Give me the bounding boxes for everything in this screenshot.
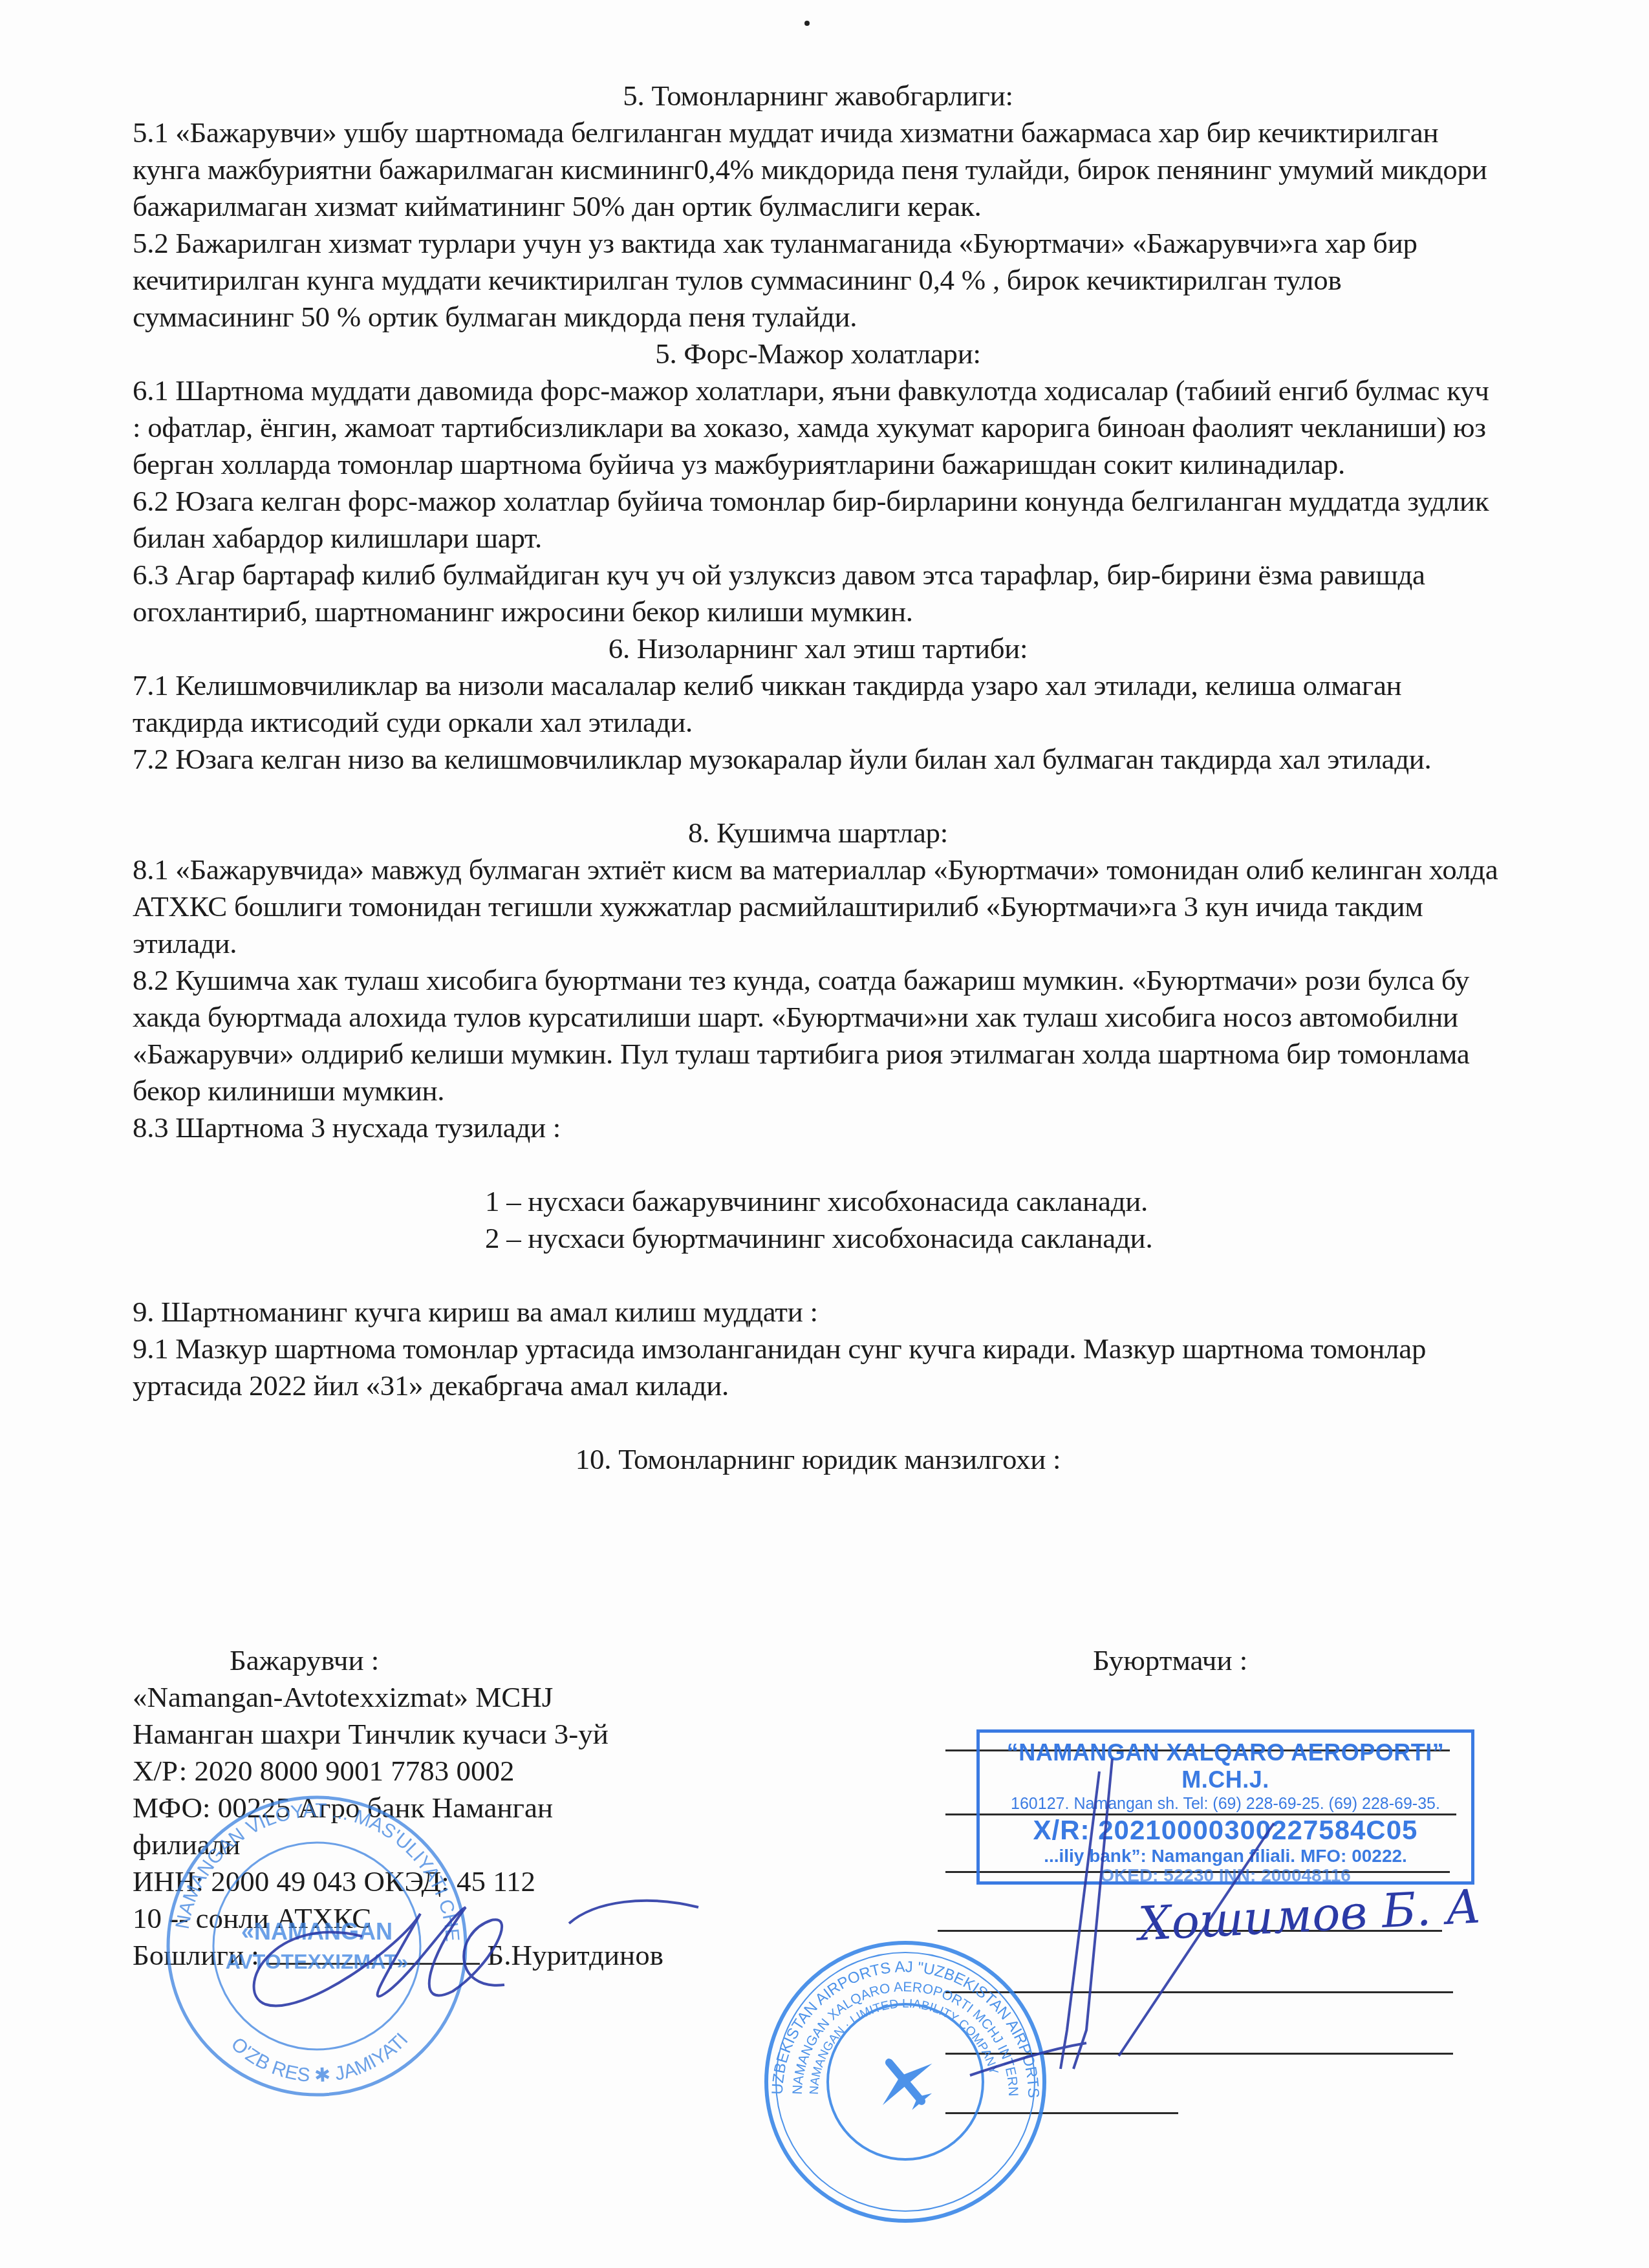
section-heading-force-majeure: 5. Форс-Мажор холатлари: [133, 336, 1503, 372]
contractor-signature-line: Бошлиги : Б.Нуритдинов [133, 1937, 702, 1974]
contractor-role: Бажарувчи : [133, 1642, 702, 1679]
contract-body: 5. Томонларнинг жавобгарлиги: 5.1 «Бажар… [133, 78, 1503, 1478]
contractor-inn: ИНН: 2000 49 043 ОКЭД: 45 112 [133, 1863, 702, 1900]
contract-page: 5. Томонларнинг жавобгарлиги: 5.1 «Бажар… [0, 0, 1649, 2268]
scan-speck [804, 21, 810, 26]
blank-line [945, 2112, 1178, 2114]
contractor-unit: 10 -- сонли АТХКС [133, 1900, 702, 1937]
clause-8-3: 8.3 Шартнома 3 нусхада тузилади : [133, 1109, 1503, 1146]
contractor-block: Бажарувчи : «Namangan-Avtotexxizmat» МСН… [133, 1642, 702, 1974]
clause-6-1: 6.1 Шартнома муддати давомида форс-мажор… [133, 372, 1503, 483]
stamp-line-bank: ...iliy bank”: Namangan filiali. MFO: 00… [980, 1846, 1471, 1867]
spacer [133, 1404, 1503, 1441]
clause-8-1: 8.1 «Бажарувчида» мавжуд булмаган эхтиёт… [133, 851, 1503, 962]
section-heading-8: 8. Кушимча шартлар: [133, 815, 1503, 851]
svg-text:NAMANGAN · LIMITED LIABILITY C: NAMANGAN · LIMITED LIABILITY COMPANY [808, 1997, 1000, 2095]
section-heading-9: 9. Шартноманинг кучга кириш ва амал кили… [133, 1294, 1503, 1331]
spacer [133, 1257, 1503, 1294]
clause-6-3: 6.3 Агар бартараф килиб булмайдиган куч … [133, 557, 1503, 630]
section-heading-disputes: 6. Низоларнинг хал этиш тартиби: [133, 630, 1503, 667]
contractor-address: Наманган шахри Тинчлик кучаси 3-уй [133, 1716, 702, 1753]
clause-5-1: 5.1 «Бажарувчи» ушбу шартномада белгилан… [133, 114, 1503, 225]
copy-1: 1 – нусхаси бажарувчининг хисобхонасида … [133, 1183, 1503, 1220]
client-handwritten-name: Хошимов Б. А [1137, 1879, 1482, 1951]
clause-8-2: 8.2 Кушимча хак тулаш хисобига буюртмани… [133, 962, 1503, 1109]
clause-7-1: 7.1 Келишмовчиликлар ва низоли масалалар… [133, 667, 1503, 741]
signatory-label: Бошлиги : [133, 1939, 259, 1971]
clause-9-1: 9.1 Мазкур шартнома томонлар уртасида им… [133, 1331, 1503, 1404]
spacer [133, 1146, 1503, 1183]
stamp-line-account: X/R: 20210000300227584C05 [980, 1815, 1471, 1846]
contractor-bank: МФО: 00225 Агро банк Наманган [133, 1790, 702, 1826]
copy-2: 2 – нусхаси буюртмачининг хисобхонасида … [133, 1220, 1503, 1257]
blank-line [945, 2053, 1453, 2055]
blank-line [945, 1991, 1453, 1993]
airplane-icon [862, 2038, 949, 2124]
spacer [133, 778, 1503, 815]
client-rect-stamp: “NAMANGAN XALQARO AEROPORTI” M.CH.J. 160… [976, 1729, 1474, 1885]
clause-5-2: 5.2 Бажарилган хизмат турлари учун уз ва… [133, 225, 1503, 336]
svg-text:O'ZB RES ✱ JAMIYATI: O'ZB RES ✱ JAMIYATI [227, 2029, 413, 2086]
signature-underline [266, 1937, 480, 1965]
section-heading-5: 5. Томонларнинг жавобгарлиги: [133, 78, 1503, 114]
clause-7-2: 7.2 Юзага келган низо ва келишмовчиликла… [133, 741, 1503, 778]
client-role: Буюртмачи : [944, 1642, 1513, 1679]
contractor-bank-branch: филиали [133, 1826, 702, 1863]
section-heading-10: 10. Томонларнинг юридик манзилгохи : [133, 1441, 1503, 1478]
contractor-company: «Namangan-Avtotexxizmat» МСНJ [133, 1679, 702, 1716]
contractor-account: Х/Р: 2020 8000 9001 7783 0002 [133, 1753, 702, 1790]
clause-6-2: 6.2 Юзага келган форс-мажор холатлар буй… [133, 483, 1503, 557]
signatory-name: Б.Нуритдинов [487, 1939, 663, 1971]
client-block: Буюртмачи : [944, 1642, 1513, 1679]
stamp-line-company: “NAMANGAN XALQARO AEROPORTI” M.CH.J. [980, 1739, 1471, 1793]
stamp-line-address: 160127. Namangan sh. Tel: (69) 228-69-25… [980, 1795, 1471, 1813]
